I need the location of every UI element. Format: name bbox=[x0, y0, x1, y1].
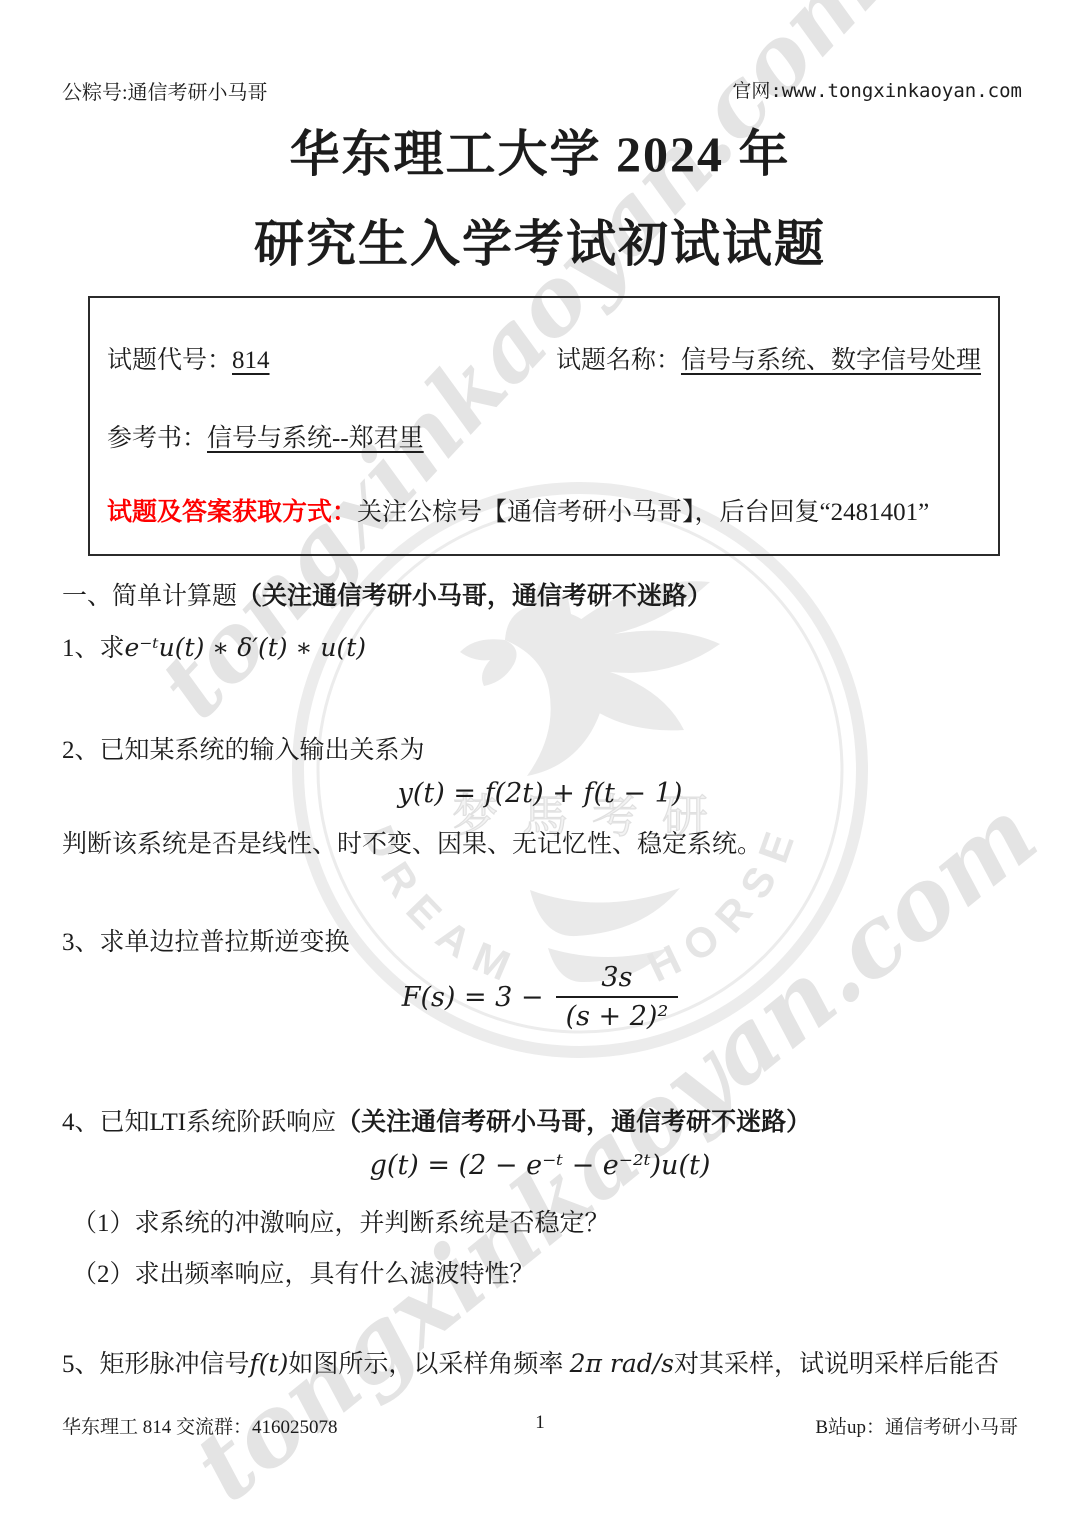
question-5-math2: 2π rad/s bbox=[570, 1349, 674, 1378]
question-1: 1、求e⁻ᵗu(t) ∗ δ′(t) ∗ u(t) bbox=[62, 628, 366, 664]
question-4-sub2: （2）求出频率响应，具有什么滤波特性？ bbox=[72, 1254, 535, 1290]
info-box-row-code-name: 试题代号：814 试题名称：信号与系统、数字信号处理 bbox=[107, 340, 981, 376]
subject-code-label: 试题代号： bbox=[107, 347, 232, 374]
exam-info-box: 试题代号：814 试题名称：信号与系统、数字信号处理 参考书：信号与系统--郑君… bbox=[88, 296, 1000, 556]
subject-name-value: 信号与系统、数字信号处理 bbox=[681, 347, 981, 374]
question-1-formula: e⁻ᵗu(t) ∗ δ′(t) ∗ u(t) bbox=[125, 633, 367, 662]
question-5-part3: 对其采样，试说明采样后能否 bbox=[674, 1351, 999, 1378]
answer-access-text: 关注公棕号【通信考研小马哥】，后台回复“2481401” bbox=[357, 499, 929, 526]
exam-title-line1: 华东理工大学 2024 年 bbox=[0, 114, 1080, 186]
question-3-fraction: 3s (s + 2)² bbox=[556, 962, 679, 1032]
answer-access-field: 试题及答案获取方式：关注公棕号【通信考研小马哥】，后台回复“2481401” bbox=[107, 492, 929, 528]
question-2-line2: 判断该系统是否是线性、时不变、因果、无记忆性、稳定系统。 bbox=[62, 824, 762, 860]
subject-code-value: 814 bbox=[232, 347, 270, 374]
fraction-denominator: (s + 2)² bbox=[556, 996, 679, 1032]
fraction-numerator: 3s bbox=[556, 962, 679, 996]
question-5-part1: 5、矩形脉冲信号 bbox=[62, 1351, 250, 1378]
exam-paper-page: tongxinkaoyan.com tongxinkaoyan.com DREA… bbox=[0, 0, 1080, 1527]
question-4-prefix: 4、已知LTI系统阶跃响应 bbox=[62, 1109, 336, 1136]
question-1-prefix: 1、求 bbox=[62, 635, 125, 662]
question-3-formula: F(s) = 3 − 3s (s + 2)² bbox=[0, 962, 1080, 1032]
question-2-line1: 2、已知某系统的输入输出关系为 bbox=[62, 730, 425, 766]
question-4-formula: g(t) = (2 − e⁻ᵗ − e⁻²ᵗ)u(t) bbox=[0, 1150, 1080, 1181]
answer-access-label: 试题及答案获取方式： bbox=[107, 499, 357, 526]
footer-bilibili-info: B站up：通信考研小马哥 bbox=[815, 1412, 1018, 1439]
question-4-note: （关注通信考研小马哥，通信考研不迷路） bbox=[336, 1109, 811, 1136]
question-5-part2: 如图所示，以采样角频率 bbox=[288, 1351, 569, 1378]
document-content: 公粽号:通信考研小马哥 官网:www.tongxinkaoyan.com 华东理… bbox=[0, 0, 1080, 1527]
question-5: 5、矩形脉冲信号f(t)如图所示，以采样角频率 2π rad/s对其采样，试说明… bbox=[62, 1344, 999, 1380]
subject-code-field: 试题代号：814 bbox=[107, 340, 270, 376]
reference-book-field: 参考书：信号与系统--郑君里 bbox=[107, 418, 424, 454]
section1-heading: 一、简单计算题（关注通信考研小马哥，通信考研不迷路） bbox=[62, 576, 712, 612]
header-left-text: 公粽号:通信考研小马哥 bbox=[62, 76, 268, 105]
question-4: 4、已知LTI系统阶跃响应（关注通信考研小马哥，通信考研不迷路） bbox=[62, 1102, 811, 1138]
reference-book-value: 信号与系统--郑君里 bbox=[207, 425, 424, 452]
subject-name-field: 试题名称：信号与系统、数字信号处理 bbox=[556, 340, 981, 376]
reference-book-label: 参考书： bbox=[107, 425, 207, 452]
question-2-formula: y(t) = f(2t) + f(t − 1) bbox=[0, 778, 1080, 809]
header-right-text: 官网:www.tongxinkaoyan.com bbox=[732, 76, 1022, 103]
question-3-line1: 3、求单边拉普拉斯逆变换 bbox=[62, 922, 350, 958]
subject-name-label: 试题名称： bbox=[556, 347, 681, 374]
question-4-sub1: （1）求系统的冲激响应，并判断系统是否稳定？ bbox=[72, 1203, 610, 1239]
exam-title-line2: 研究生入学考试初试试题 bbox=[0, 204, 1080, 276]
section1-heading-text: 一、简单计算题 bbox=[62, 583, 237, 610]
question-5-math1: f(t) bbox=[250, 1349, 289, 1378]
question-3-formula-lhs: F(s) = 3 − bbox=[402, 982, 544, 1013]
section1-heading-note: （关注通信考研小马哥，通信考研不迷路） bbox=[237, 583, 712, 610]
